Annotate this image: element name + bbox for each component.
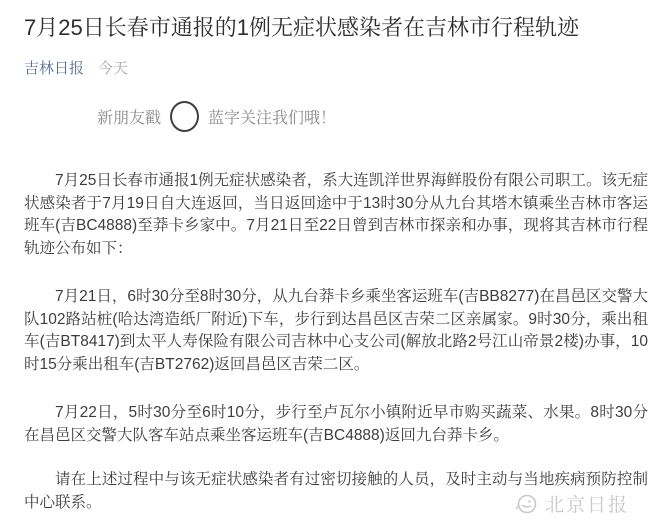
byline: 吉林日报 今天 — [24, 59, 648, 79]
circle-icon — [170, 101, 199, 132]
paragraph-summary: 7月25日长春市通报1例无症状感染者，系大连凯洋世界海鲜股份有限公司职工。该无症… — [24, 170, 648, 260]
publish-time: 今天 — [98, 59, 128, 79]
article-title: 7月25日长春市通报的1例无症状感染者在吉林市行程轨迹 — [24, 13, 648, 43]
article-page: 7月25日长春市通报的1例无症状感染者在吉林市行程轨迹 吉林日报 今天 新朋友戳… — [0, 0, 672, 528]
paragraph-july-22: 7月22日，5时30分至6时10分，步行至卢瓦尔小镇附近早市购买蔬菜、水果。8时… — [24, 402, 648, 447]
follow-text-prefix: 新朋友戳 — [97, 105, 161, 128]
paragraph-notice: 请在上述过程中与该无症状感染者有过密切接触的人员，及时主动与当地疾病预防控制中心… — [24, 469, 648, 514]
paragraph-july-21: 7月21日，6时30分至8时30分，从九台莽卡乡乘坐客运班车(吉BB8277)在… — [24, 286, 648, 376]
follow-text-suffix: 蓝字关注我们哦！ — [208, 105, 336, 128]
follow-banner: 新朋友戳 蓝字关注我们哦！ — [97, 99, 648, 133]
account-name-link[interactable]: 吉林日报 — [24, 59, 84, 79]
